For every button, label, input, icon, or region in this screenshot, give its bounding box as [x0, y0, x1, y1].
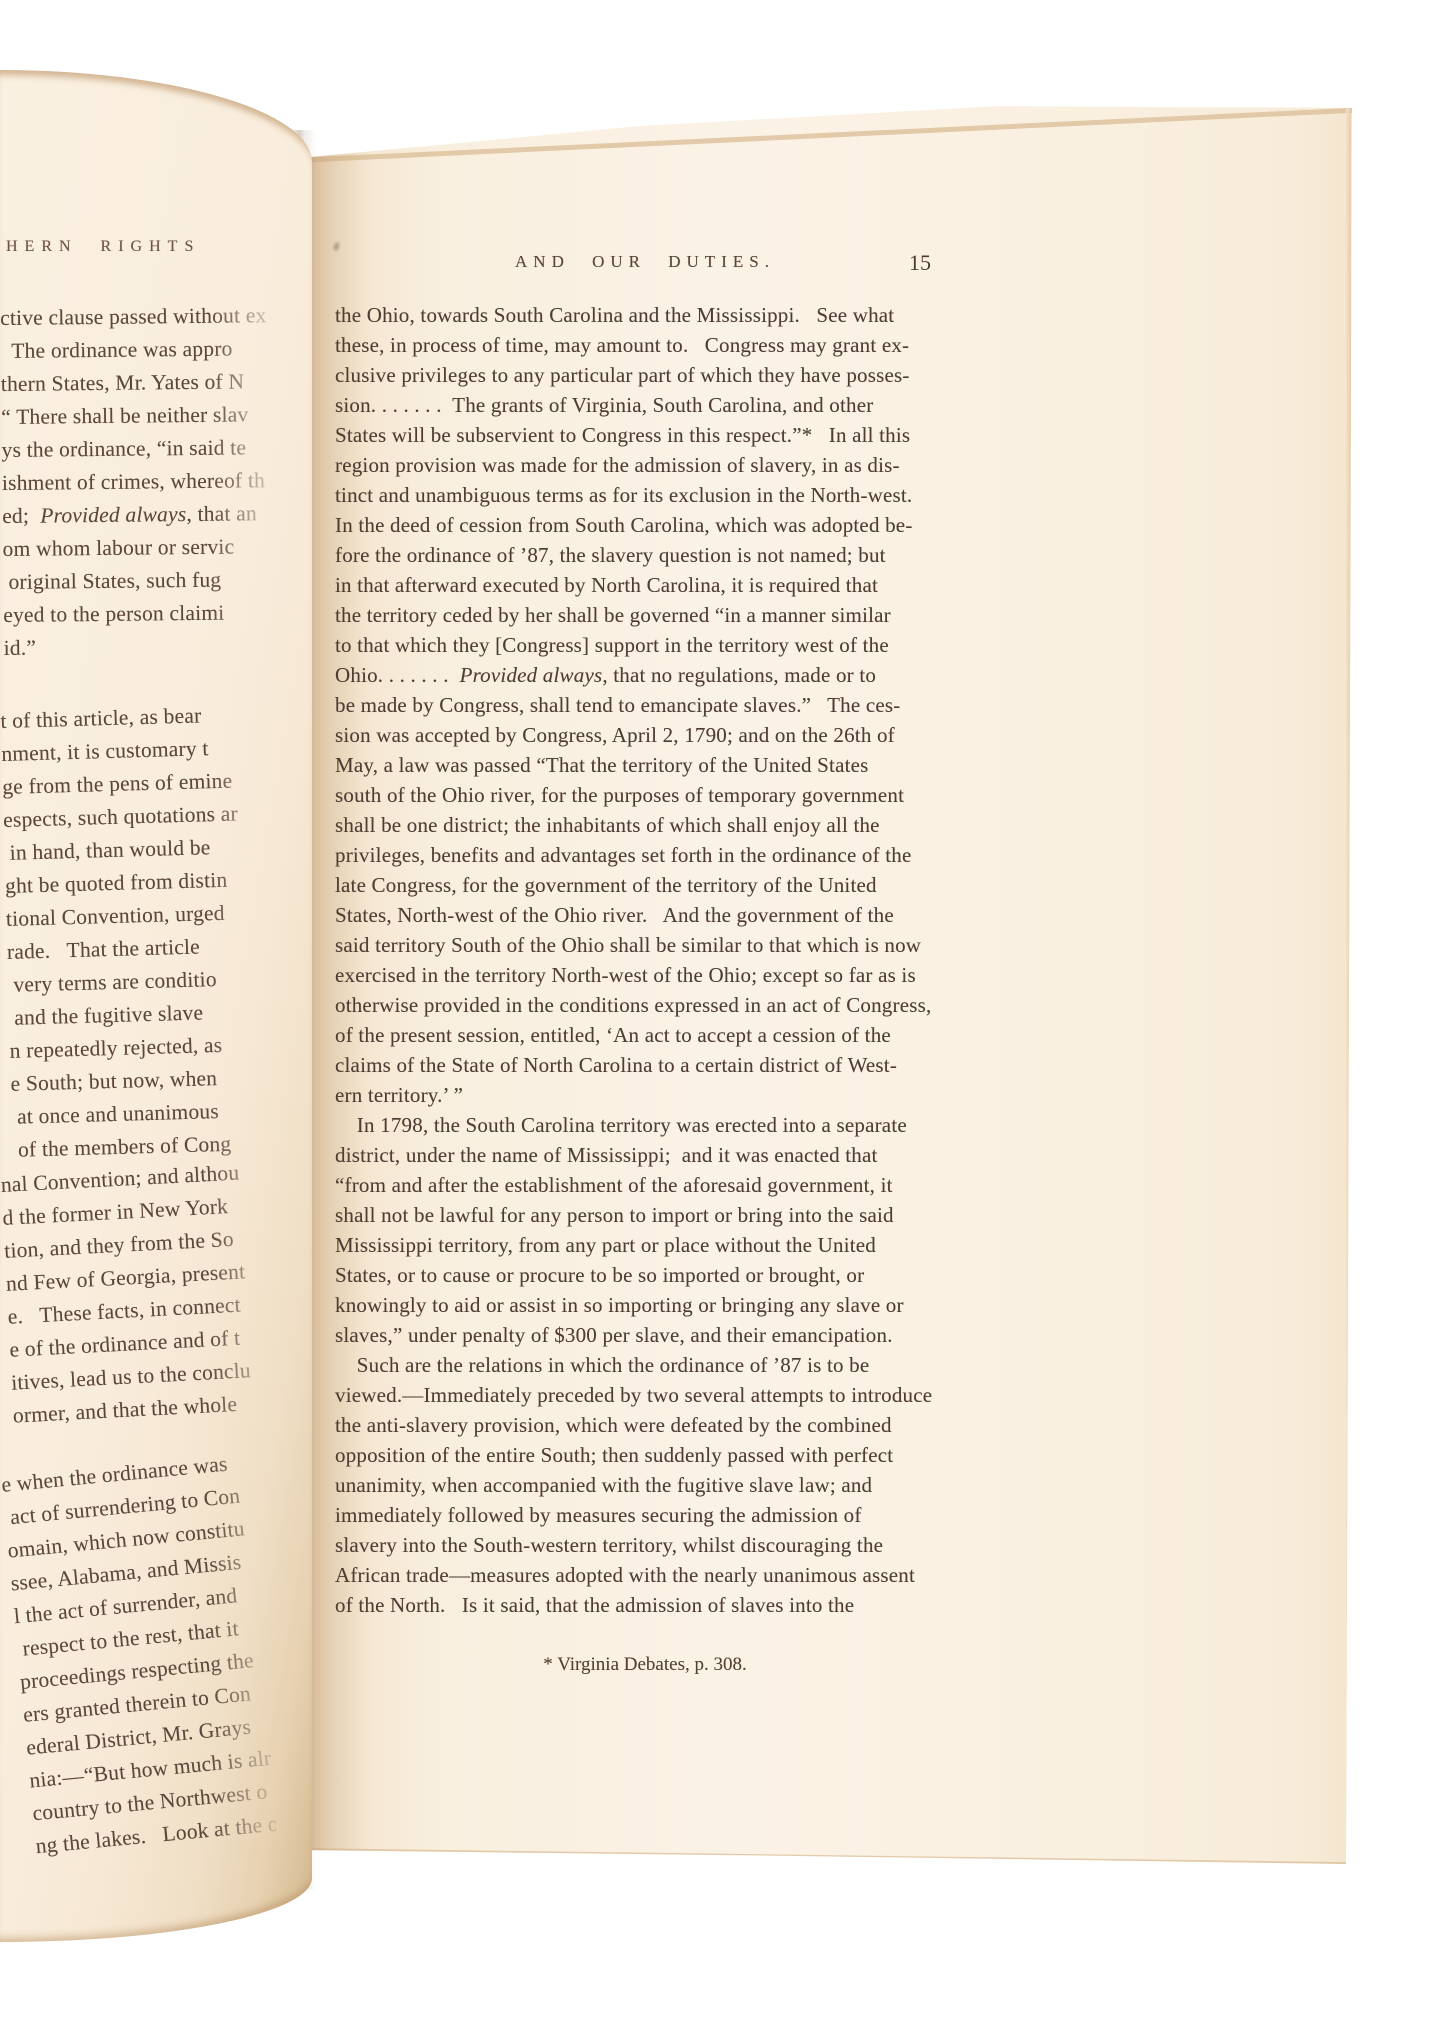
left-text-segment: ctive clause passed without ex The ordin… — [0, 303, 267, 528]
footnote: * Virginia Debates, p. 308. — [335, 1654, 955, 1676]
left-page-text-fragment: nal Convention; and althou d the former … — [0, 1155, 276, 1433]
body-text: the Ohio, towards South Carolina and the… — [335, 300, 955, 1620]
left-text-italic: Provided always — [40, 502, 186, 528]
body-text-segment: the Ohio, towards South Carolina and the… — [335, 303, 913, 687]
left-page: HERN RIGHTS ctive clause passed without … — [0, 70, 312, 1942]
right-page-content: AND OUR DUTIES. 15 the Ohio, towards Sou… — [335, 252, 955, 1676]
left-page-text-fragment: t of this article, as bear nment, it is … — [0, 697, 276, 1167]
right-page-bottom-edge — [298, 1848, 1348, 1867]
left-running-header: HERN RIGHTS — [6, 238, 276, 256]
body-text-segment: , that no regulations, made or to be mad… — [335, 663, 932, 1617]
body-text-italic: Provided always — [460, 663, 603, 687]
running-header-title: AND OUR DUTIES. — [335, 252, 955, 272]
running-header: AND OUR DUTIES. 15 — [335, 252, 955, 298]
right-page: AND OUR DUTIES. 15 the Ohio, towards Sou… — [296, 96, 1352, 1871]
right-page-fore-edge — [1346, 106, 1351, 1862]
open-book-photo: AND OUR DUTIES. 15 the Ohio, towards Sou… — [0, 0, 1445, 2023]
left-page-text-fragment: e when the ordinance was act of surrende… — [0, 1443, 276, 1863]
left-page-content: HERN RIGHTS ctive clause passed without … — [0, 230, 276, 1910]
page-number: 15 — [909, 250, 931, 276]
right-page-top-edge — [296, 108, 1357, 163]
left-page-text-fragment: ctive clause passed without ex The ordin… — [0, 299, 276, 665]
